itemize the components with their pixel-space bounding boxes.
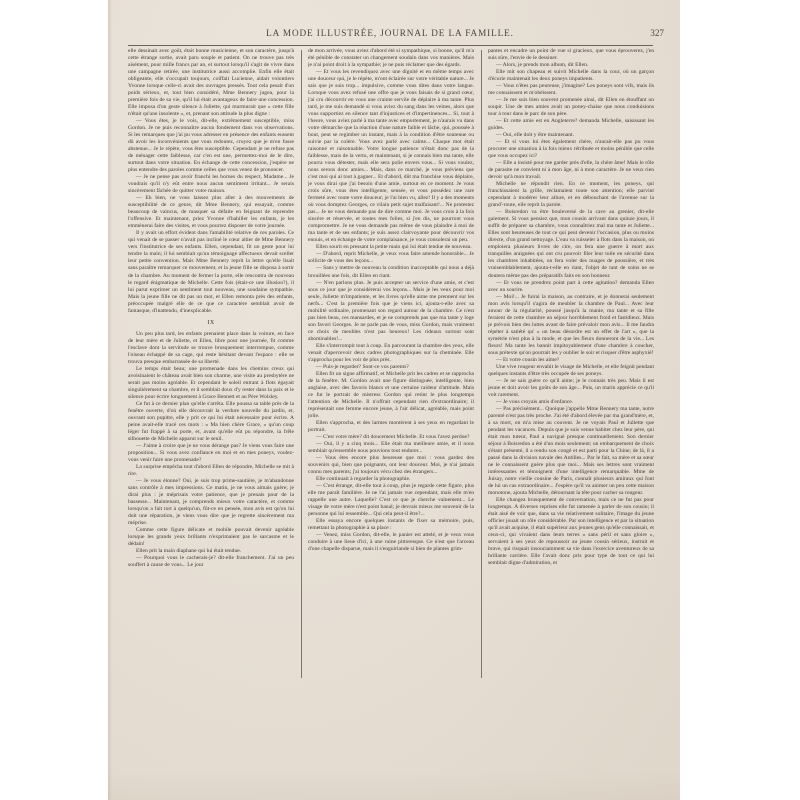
paragraph: — Oui, elle doit y être maintenant.: [488, 132, 654, 139]
paragraph: — N'en parlons plus. Je puis accepter un…: [308, 280, 474, 343]
column-3: pantes et encadre un point de vue si gra…: [488, 48, 654, 678]
paragraph: Elle essaya encore quelques instants de …: [308, 518, 474, 532]
paragraph: pantes et encadre un point de vue si gra…: [488, 48, 654, 62]
paragraph: — Pas précisément... Quoique j'appelle M…: [488, 406, 654, 497]
paragraph: Ellen fit un signe affirmatif, et Michel…: [308, 371, 474, 420]
paragraph: — Venez, miss Gordon, dit-elle, le panie…: [308, 532, 474, 553]
paragraph: — D'abord, reprit Michelle, je veux vous…: [308, 251, 474, 265]
paragraph: — Elle a insisté pour me garder près d'e…: [488, 160, 654, 181]
paragraph: elle dessinait avec goût, était bonne mu…: [128, 48, 294, 118]
column-divider: [301, 50, 302, 678]
paragraph: Comme cette figure délicate et mobile po…: [128, 527, 294, 548]
paragraph: — Je me suis bien souvent promenée ainsi…: [488, 97, 654, 118]
paragraph: Elle changea brusquement de conversation…: [488, 497, 654, 567]
paragraph: — Vous êtes, je le vois, dit-elle, extrê…: [128, 118, 294, 174]
paragraph: Un peu plus tard, les enfants prenaient …: [128, 331, 294, 366]
header-rule: [128, 45, 653, 46]
paragraph: — Sans y mettre de nouveau la condition …: [308, 265, 474, 279]
journal-title: LA MODE ILLUSTRÉE, JOURNAL DE LA FAMILLE…: [120, 28, 660, 38]
text-columns: elle dessinait avec goût, était bonne mu…: [128, 48, 655, 688]
paragraph: La surprise empêcha tout d'abord Ellen d…: [128, 464, 294, 478]
paragraph: — Je ne pense pas avoir franchi les born…: [128, 174, 294, 195]
paragraph: — Et si vous lui êtes également chère, n…: [488, 139, 654, 160]
page-number: 327: [650, 28, 664, 38]
running-header: LA MODE ILLUSTRÉE, JOURNAL DE LA FAMILLE…: [120, 28, 660, 42]
paragraph: — Oui, il y a cinq mois... Elle était ma…: [308, 441, 474, 455]
paragraph: — Et vous les revendiquez avec une digni…: [308, 69, 474, 244]
paragraph: — Puis-je regarder? Sont-ce vos parents?: [308, 364, 474, 371]
paragraph: Il y avait un effort évident dans l'amab…: [128, 230, 294, 314]
paragraph: — Je vous étonne? Oui, je suis trop prim…: [128, 478, 294, 527]
paragraph: — Et votre cousin les aime?: [488, 357, 654, 364]
paragraph: — Je vous croyais amis d'enfance.: [488, 399, 654, 406]
paragraph: — Je ne sais guère ce qu'il aime; je le …: [488, 378, 654, 399]
column-divider: [481, 50, 482, 678]
paragraph: Elle s'interrompit tout à coup. En parco…: [308, 343, 474, 364]
paragraph: Ellen s'approcha, et des larmes montèren…: [308, 420, 474, 434]
chapter-heading: IX: [128, 320, 294, 327]
paragraph: Une vive rougeur envahit le visage de Mi…: [488, 364, 654, 378]
paragraph: — C'est étrange, dit-elle tout à coup, p…: [308, 483, 474, 518]
paragraph: — Et cette amie est en Angleterre? deman…: [488, 118, 654, 132]
paragraph: Elle mit son chapeau et suivit Michelle …: [488, 69, 654, 83]
paragraph: — Alors, je prends mon album, dit Ellen.: [488, 62, 654, 69]
paragraph: — Vous n'êtes pas peureuse, j'imagine? L…: [488, 83, 654, 97]
paragraph: — Pourquoi vous le cacherais-je? dit-ell…: [128, 555, 294, 569]
paragraph: — Boisredon va être bouleversé de la cav…: [488, 209, 654, 279]
paragraph: — Moi!... Je fuirai la maison, au contra…: [488, 294, 654, 357]
paragraph: de mon arrivée, vous aviez d'abord été s…: [308, 48, 474, 69]
paragraph: Elle continuait à regarder la photograph…: [308, 476, 474, 483]
page-bottom-shade: [108, 770, 680, 800]
paragraph: — Et vous ne prendrez point part à cette…: [488, 280, 654, 294]
paragraph: — J'aime à croire que je ne vous dérange…: [128, 443, 294, 464]
paragraph: — Eh bien, ne vous laissez plus aller à …: [128, 195, 294, 230]
paragraph: — C'est votre mère? dit doucement Michel…: [308, 434, 474, 441]
paragraph: — Vous êtes encore plus heureuse que moi…: [308, 455, 474, 476]
page-edge-shadow: [108, 0, 112, 800]
paragraph: Ce fut à ce dernier plan qu'elle s'arrêt…: [128, 401, 294, 443]
paragraph: Le temps était beau; une promenade dans …: [128, 366, 294, 401]
paragraph: Michelle ne répondit rien. En ce moment,…: [488, 181, 654, 209]
column-2: de mon arrivée, vous aviez d'abord été s…: [308, 48, 474, 678]
column-1: elle dessinait avec goût, était bonne mu…: [128, 48, 294, 678]
